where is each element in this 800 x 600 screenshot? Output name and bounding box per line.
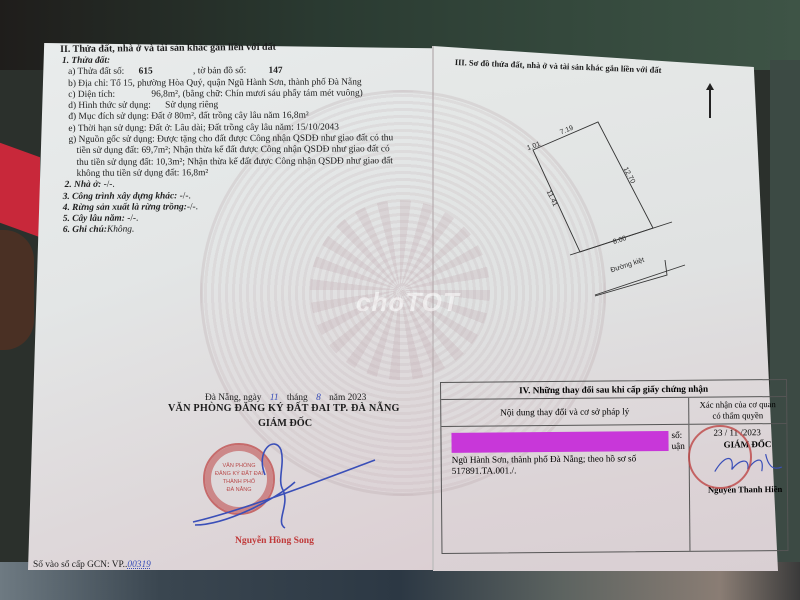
map-sheet-label: , tờ bản đồ số: [155,66,246,76]
usage-form-label: d) Hình thức sử dụng: [68,101,151,111]
issue-day: 11 [264,393,285,403]
redacted-content [451,431,668,453]
map-sheet-value: 147 [248,66,282,76]
area-value: 96,8m², (bằng chữ: Chín mươi sáu phẩy tá… [117,88,362,99]
change-content-line-4: 517891.TA.001./. [452,465,517,477]
issue-month: 8 [310,393,327,403]
signer-name: Nguyễn Hồng Song [235,535,314,546]
confirmation-red-stamp [688,425,752,489]
change-content-line-3: Ngũ Hành Sơn, thành phố Đà Nẵng; theo hồ… [452,453,637,466]
section-2-title: II. Thửa đất, nhà ở và tài sản khác gắn … [60,42,276,56]
notes-row: 6. Ghi chú:Không. [63,224,394,237]
usage-form-value: Sử dụng riêng [153,100,218,110]
section-2-body: 1. Thửa đất: a) Thửa đất số: 615 , tờ bả… [62,54,394,236]
area-row: c) Diện tích: 96,8m², (bằng chữ: Chín mư… [62,88,393,101]
change-content-cell: số: uận Ngũ Hành Sơn, thành phố Đà Nẵng;… [441,425,690,553]
director-signature [185,430,385,530]
plot-number-value: 615 [127,67,153,77]
origin-row-3: thu tiền sử dụng đất: 10,3m²; Nhận thừa … [63,156,394,169]
issuing-office: VĂN PHÒNG ĐĂNG KÝ ĐẤT ĐAI TP. ĐÀ NẴNG [168,403,400,414]
plot-diagram: 1.01 7.19 12.70 11.41 8.00 Đường kiệt [500,110,740,315]
column-header-confirmation: Xác nhận của cơ quan có thẩm quyền [689,397,786,424]
registration-number: Số vào sổ cấp GCN: VP..00319 [33,560,151,571]
plot-number-label: a) Thửa đất số: [68,67,124,77]
column-header-content: Nội dung thay đổi và cơ sở pháp lý [441,398,689,426]
table-header-row: Nội dung thay đổi và cơ sở pháp lý Xác n… [441,397,786,427]
chotot-watermark: choTOT [356,287,460,318]
director-title: GIÁM ĐỐC [258,418,312,429]
registration-value: 00319 [127,560,150,570]
area-label: c) Diện tích: [68,90,115,100]
plot-outline [500,110,740,310]
